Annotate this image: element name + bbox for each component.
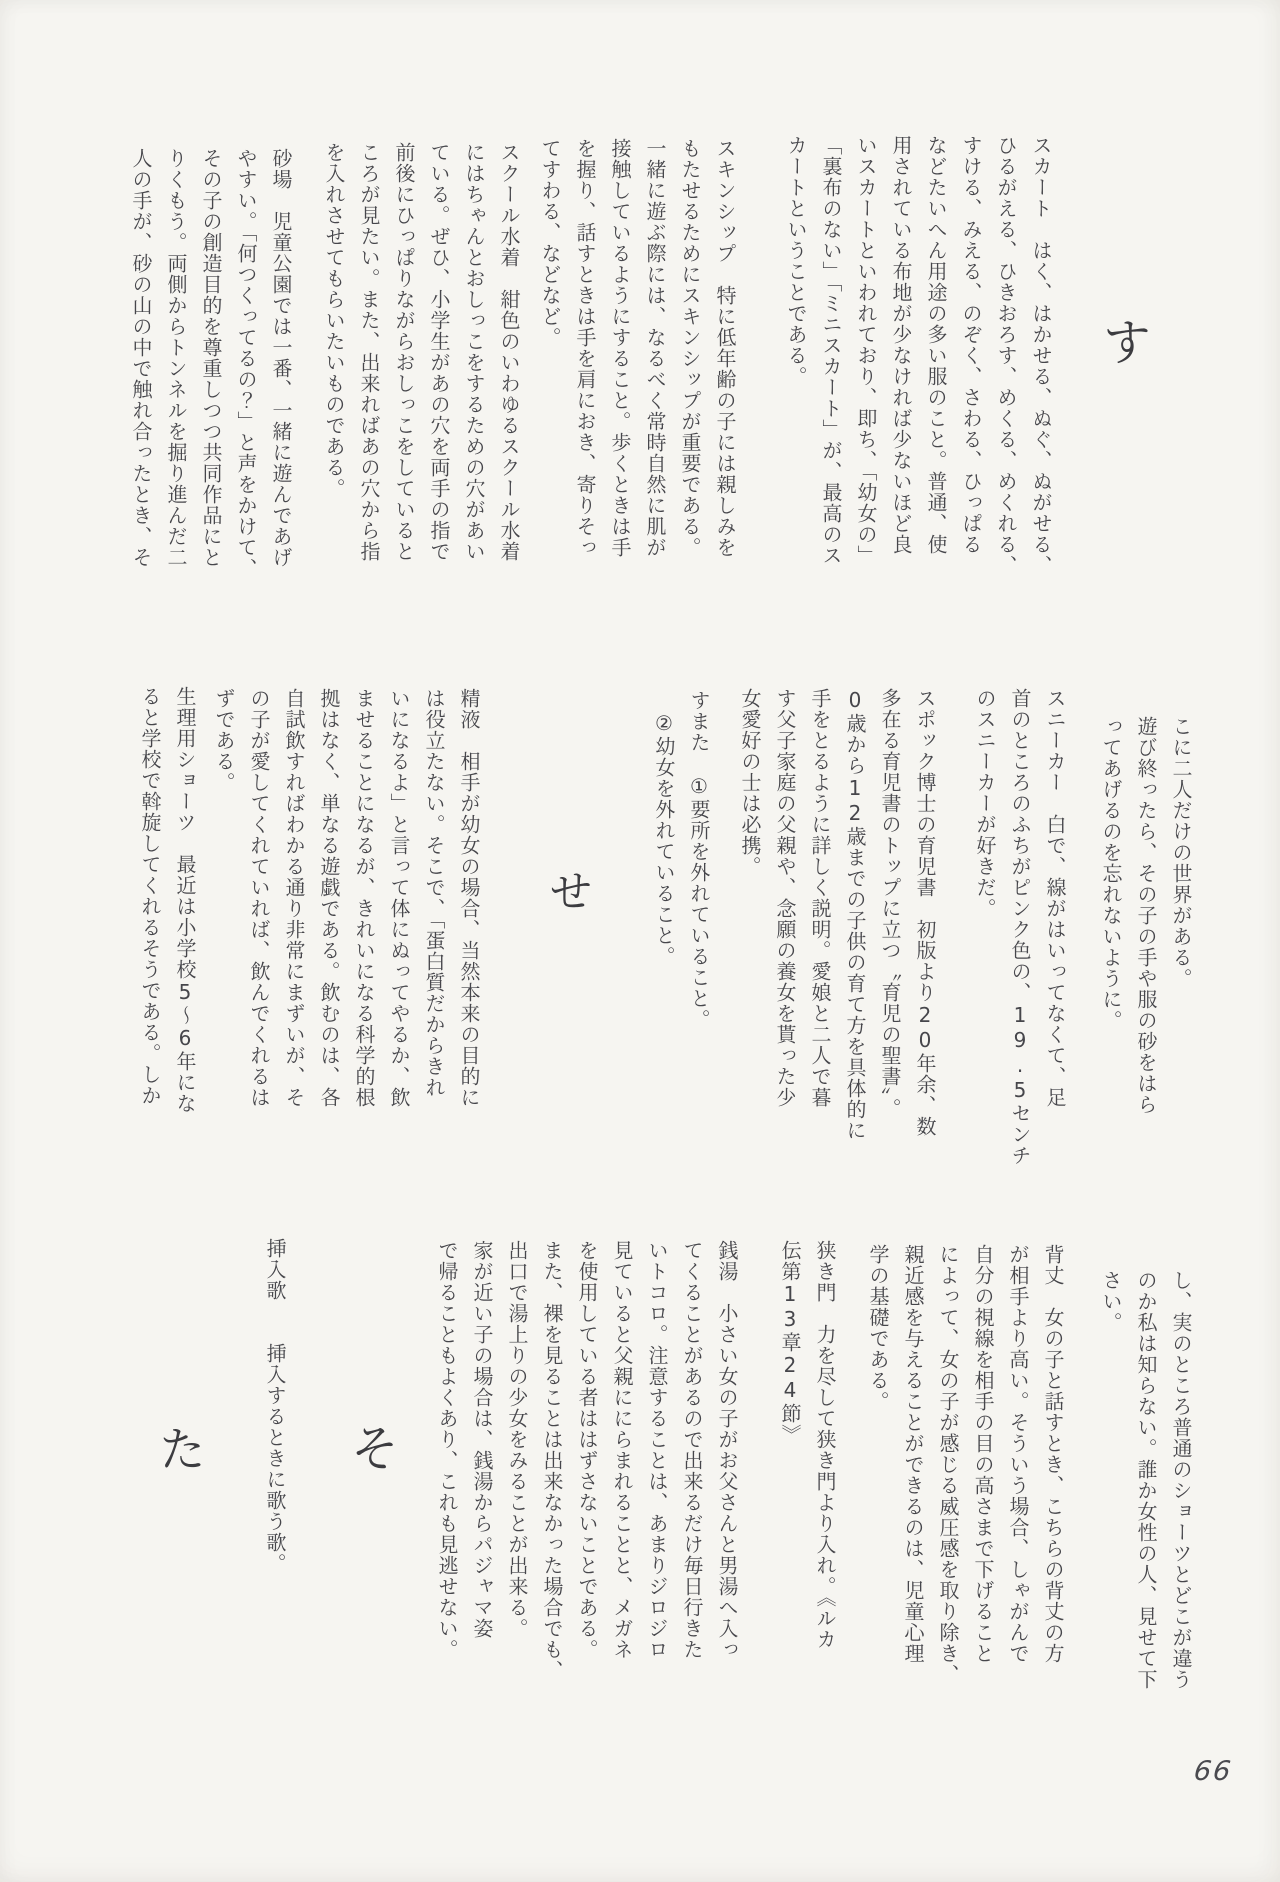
text-column: ると学校で斡旋してくれるそうである。しか	[132, 686, 167, 1114]
text-column: 女愛好の士は必携。	[732, 688, 767, 1141]
text-column: のスニーカーが好きだ。	[967, 688, 1002, 1166]
page-number: 66	[1192, 1756, 1234, 1787]
text-column: 0歳から12歳までの子供の育て方を具体的に	[837, 688, 872, 1141]
text-column: 見ていると父親ににらまれることと、メガネ	[604, 1240, 639, 1681]
text-column: のか私は知らない。誰か女性の人、見せて下	[1128, 1270, 1163, 1690]
text-column: 狭き門 力を尽して狭き門より入れ。《ルカ	[807, 1240, 842, 1650]
text-column: ている。ぜひ、小学生があの穴を両手の指で	[421, 142, 456, 562]
text-column: 接触しているようにすること。歩くときは手	[602, 138, 637, 558]
text-column: が相手より高い。そういう場合、しゃがんで	[1000, 1244, 1035, 1685]
text-column: 手をとるように詳しく説明。愛娘と二人で暮	[802, 688, 837, 1141]
entry-sumata: すまた ①要所を外れていること。 ②幼女を外れていること。	[646, 690, 716, 1030]
text-column: 自試飲すればわかる通り非常にまずいが、そ	[276, 688, 311, 1108]
section-marker-su: す	[1098, 316, 1148, 366]
text-column: 銭湯 小さい女の子がお父さんと男湯へ入っ	[709, 1240, 744, 1681]
entry-sandbox-cont: こに二人だけの世界がある。遊び終ったら、その子の手や服の砂をはらってあげるのを忘…	[1093, 716, 1198, 1115]
section-marker-se: せ	[544, 868, 588, 912]
text-column: す父子家庭の父親や、念願の養女を貰った少	[767, 688, 802, 1141]
text-column: で帰ることもよくあり、これも見逃せない。	[429, 1240, 464, 1681]
text-column: てくることがあるので出来るだけ毎日行きた	[674, 1240, 709, 1681]
text-column: ころが見たい。また、出来ればあの穴から指	[351, 142, 386, 562]
entry-school-swimsuit: スクール水着 紺色のいわゆるスクール水着にはちゃんとおしっこをするための穴があい…	[316, 142, 526, 562]
entry-setake: 背丈 女の子と話すとき、こちらの背丈の方が相手より高い。そういう場合、しゃがんで…	[860, 1244, 1070, 1685]
text-column: によって、女の子が感じる威圧感を取り除き、	[930, 1244, 965, 1685]
text-column: スキンシップ 特に低年齢の子には親しみを	[707, 138, 742, 558]
section-marker-ta: た	[154, 1424, 202, 1472]
text-column: を使用している者ははずさないことである。	[569, 1240, 604, 1681]
entry-skinship: スキンシップ 特に低年齢の子には親しみをもたせるためにスキンシップが重要である。…	[532, 138, 742, 558]
text-column: 一緒に遊ぶ際には、なるべく常時自然に肌が	[637, 138, 672, 558]
text-column: し、実のところ普通のショーツとどこが違う	[1163, 1270, 1198, 1690]
text-column: 多在る育児書のトップに立つ〝育児の聖書〟。	[872, 688, 907, 1141]
text-column: 背丈 女の子と話すとき、こちらの背丈の方	[1035, 1244, 1070, 1685]
text-column: いスカートといわれており、即ち、「幼女の」	[848, 135, 883, 576]
text-column: もたせるためにスキンシップが重要である。	[672, 138, 707, 558]
text-column: 出口で湯上りの少女をみることが出来る。	[499, 1240, 534, 1681]
scanned-glossary-page: すせそた スカート はく、はかせる、ぬぐ、ぬがせる、ひるがえる、ひきおろす、めく…	[0, 0, 1280, 1882]
entry-semen: 精液 相手が幼女の場合、当然本来の目的には役立たない。そこで、「蛋白質だからきれ…	[206, 688, 486, 1108]
text-column: スポック博士の育児書 初版より20年余、数	[907, 688, 942, 1141]
text-column: ひるがえる、ひきおろす、めくる、めくれる、	[988, 135, 1023, 576]
text-column: 生理用ショーツ 最近は小学校5〜6年にな	[167, 686, 202, 1114]
entry-sanitary-shorts-cont: し、実のところ普通のショーツとどこが違うのか私は知らない。誰か女性の人、見せて下…	[1093, 1270, 1198, 1690]
section-marker-so: そ	[346, 1422, 396, 1472]
text-column: ずである。	[206, 688, 241, 1108]
text-column: 「裏布のない」「ミニスカート」が、最高のス	[813, 135, 848, 576]
entry-sneakers: スニーカー 白で、線がはいってなくて、足首のところのふちがピンク色の、19.5セ…	[967, 688, 1072, 1166]
text-column: いトコロ。注意することは、あまりジロジロ	[639, 1240, 674, 1681]
text-column: 砂場 児童公園では一番、一緒に遊んであげ	[263, 148, 298, 579]
text-column: りくもう。両側からトンネルを掘り進んだ二	[158, 148, 193, 579]
text-column: すまた ①要所を外れていること。	[681, 690, 716, 1030]
entry-sandbox: 砂場 児童公園では一番、一緒に遊んであげやすい。「何つくってるの？」と声をかけて…	[123, 148, 298, 579]
entry-sento: 銭湯 小さい女の子がお父さんと男湯へ入ってくることがあるので出来るだけ毎日行きた…	[429, 1240, 744, 1681]
text-column: にはちゃんとおしっこをするための穴があい	[456, 142, 491, 562]
text-column: カートということである。	[778, 135, 813, 576]
text-column: 挿入歌 挿入するときに歌う歌。	[257, 1238, 292, 1574]
text-column: ってあげるのを忘れないように。	[1093, 716, 1128, 1115]
text-column: また、裸を見ることは出来なかった場合でも、	[534, 1240, 569, 1681]
text-column: を握り、話すときは手を肩におき、寄りそっ	[567, 138, 602, 558]
text-column: ②幼女を外れていること。	[646, 690, 681, 1030]
text-column: いになるよ」と言って体にぬってやるか、飲	[381, 688, 416, 1108]
entry-sanitary-shorts: 生理用ショーツ 最近は小学校5〜6年になると学校で斡旋してくれるそうである。しか	[132, 686, 202, 1114]
text-column: さい。	[1093, 1270, 1128, 1690]
text-column: やすい。「何つくってるの？」と声をかけて、	[228, 148, 263, 579]
text-column: スニーカー 白で、線がはいってなくて、足	[1037, 688, 1072, 1166]
text-column: 拠はなく、単なる遊戯である。飲むのは、各	[311, 688, 346, 1108]
text-column: 用されている布地が少なければ少ないほど良	[883, 135, 918, 576]
text-column: その子の創造目的を尊重しつつ共同作品にと	[193, 148, 228, 579]
entry-skirt: スカート はく、はかせる、ぬぐ、ぬがせる、ひるがえる、ひきおろす、めくる、めくれ…	[778, 135, 1058, 576]
text-column: の子が愛してくれていれば、飲んでくれるは	[241, 688, 276, 1108]
text-column: ませることになるが、きれいになる科学的根	[346, 688, 381, 1108]
text-column: スクール水着 紺色のいわゆるスクール水着	[491, 142, 526, 562]
text-column: すける、みえる、のぞく、さわる、ひっぱる	[953, 135, 988, 576]
text-column: 前後にひっぱりながらおしっこをしていると	[386, 142, 421, 562]
text-column: てすわる、などなど。	[532, 138, 567, 558]
text-column: 学の基礎である。	[860, 1244, 895, 1685]
entry-spock: スポック博士の育児書 初版より20年余、数多在る育児書のトップに立つ〝育児の聖書…	[732, 688, 942, 1141]
entry-semakimon: 狭き門 力を尽して狭き門より入れ。《ルカ伝第13章24節》	[772, 1240, 842, 1650]
text-column: 親近感を与えることができるのは、児童心理	[895, 1244, 930, 1685]
text-column: 家が近い子の場合は、銭湯からパジャマ姿	[464, 1240, 499, 1681]
text-column: 遊び終ったら、その子の手や服の砂をはら	[1128, 716, 1163, 1115]
text-column: は役立たない。そこで、「蛋白質だからきれ	[416, 688, 451, 1108]
entry-sounyuuka: 挿入歌 挿入するときに歌う歌。	[257, 1238, 292, 1574]
text-column: 人の手が、砂の山の中で触れ合ったとき、そ	[123, 148, 158, 579]
text-column: 精液 相手が幼女の場合、当然本来の目的に	[451, 688, 486, 1108]
text-column: などたいへん用途の多い服のこと。普通、使	[918, 135, 953, 576]
text-column: 伝第13章24節》	[772, 1240, 807, 1650]
text-column: 自分の視線を相手の目の高さまで下げること	[965, 1244, 1000, 1685]
text-column: こに二人だけの世界がある。	[1163, 716, 1198, 1115]
text-column: を入れさせてもらいたいものである。	[316, 142, 351, 562]
text-column: スカート はく、はかせる、ぬぐ、ぬがせる、	[1023, 135, 1058, 576]
text-column: 首のところのふちがピンク色の、19.5センチ	[1002, 688, 1037, 1166]
